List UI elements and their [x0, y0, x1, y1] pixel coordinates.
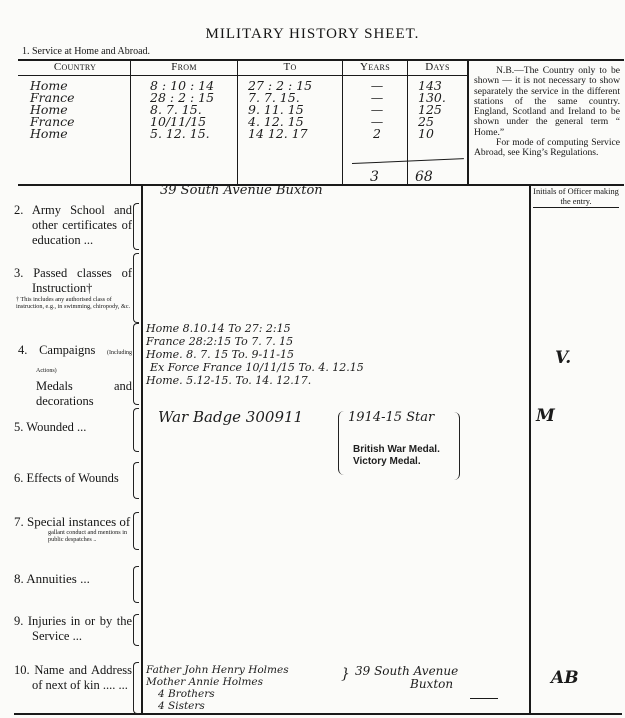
- section-10-initials: AB: [551, 668, 579, 688]
- kin-dash: [470, 698, 498, 699]
- table-cell-days: 10: [418, 128, 463, 140]
- table-cell-from: 5. 12. 15.: [150, 128, 236, 140]
- brace: [133, 662, 139, 714]
- table-cell-years: 2: [357, 128, 397, 140]
- total-years: 3: [370, 171, 390, 183]
- body-left-rule: [141, 185, 143, 715]
- kin-address-line-2: Buxton: [410, 677, 453, 691]
- section-8-label: 8. Annuities ...: [14, 571, 132, 586]
- section-2-label: 2. Army School and other certificates of…: [14, 203, 132, 248]
- col-divider: [130, 60, 131, 185]
- section-4-label: 4. Campaigns (Including Actions)Medals a…: [14, 343, 132, 409]
- campaign-line: Ex Force France 10/11/15 To. 4. 12.15: [150, 361, 364, 374]
- header-underline: [18, 75, 468, 76]
- brace: [133, 462, 139, 499]
- col-divider: [342, 60, 343, 185]
- medal-brace-right: [453, 412, 460, 480]
- section-4-initials: V.: [555, 348, 571, 368]
- page-title: MILITARY HISTORY SHEET.: [0, 26, 625, 43]
- section-2-entry: 39 South Avenue Buxton: [160, 183, 323, 198]
- table-cell-to: 14 12. 17: [248, 128, 340, 140]
- header-days: Days: [408, 61, 467, 73]
- section-5-entry: War Badge 300911: [158, 408, 303, 426]
- brace: [133, 512, 139, 550]
- medal-brace: [338, 411, 345, 475]
- brace: [133, 253, 139, 323]
- section-5-initials: M: [536, 406, 555, 426]
- col-divider: [407, 60, 408, 185]
- header-country: Country: [20, 61, 130, 73]
- header-from: From: [131, 61, 237, 73]
- campaign-line: Home 8.10.14 To 27: 2:15: [146, 322, 291, 335]
- campaign-line: Home. 8. 7. 15 To. 9-11-15: [146, 348, 294, 361]
- brace: [133, 408, 139, 452]
- kin-brace-glyph: }: [341, 666, 350, 682]
- table-cell-country: Home: [30, 128, 130, 140]
- kin-line: Mother Annie Holmes: [146, 676, 263, 688]
- brace: [133, 614, 139, 646]
- body-right-rule: [529, 185, 531, 715]
- total-days: 68: [415, 171, 455, 183]
- campaign-line: Home. 5.12-15. To. 14. 12.17.: [146, 374, 311, 387]
- col-divider: [467, 60, 469, 185]
- nb-paragraph-1: N.B.—The Country only to be shown — it i…: [474, 66, 620, 138]
- section-3-note: † This includes any authorised class of …: [14, 296, 132, 310]
- header-to: To: [238, 61, 342, 73]
- kin-address-line-1: 39 South Avenue: [355, 664, 458, 678]
- kin-line: Father John Henry Holmes: [146, 664, 289, 676]
- kin-line: 4 Brothers: [158, 688, 215, 700]
- section-6-label: 6. Effects of Wounds: [14, 471, 132, 486]
- medal-stamp: British War Medal. Victory Medal.: [353, 444, 440, 468]
- nb-paragraph-2: For mode of computing Service Abroad, se…: [474, 138, 620, 159]
- initials-underline: [533, 207, 619, 208]
- brace: [133, 323, 139, 405]
- section-1-label: 1. Service at Home and Abroad.: [22, 46, 150, 57]
- initials-header: Initials of Officer making the entry.: [533, 187, 619, 206]
- section-7-label: 7. Special instances of gallant conduct …: [14, 514, 132, 543]
- medal-star-entry: 1914-15 Star: [348, 410, 434, 425]
- campaign-line: France 28:2:15 To 7. 7. 15: [146, 335, 293, 348]
- section-10-label: 10. Name and Address of next of kin ....…: [14, 663, 132, 693]
- section-3-label: 3. Passed classes of Instruction† † This…: [14, 266, 132, 310]
- section-5-label: 5. Wounded ...: [14, 420, 132, 435]
- nb-note: N.B.—The Country only to be shown — it i…: [474, 66, 620, 159]
- col-divider: [237, 60, 238, 185]
- header-years: Years: [343, 61, 407, 73]
- brace: [133, 566, 139, 603]
- brace: [133, 203, 139, 250]
- kin-line: 4 Sisters: [158, 700, 205, 712]
- body-bottom-rule: [14, 713, 622, 715]
- section-9-label: 9. Injuries in or by the Service ...: [14, 614, 132, 644]
